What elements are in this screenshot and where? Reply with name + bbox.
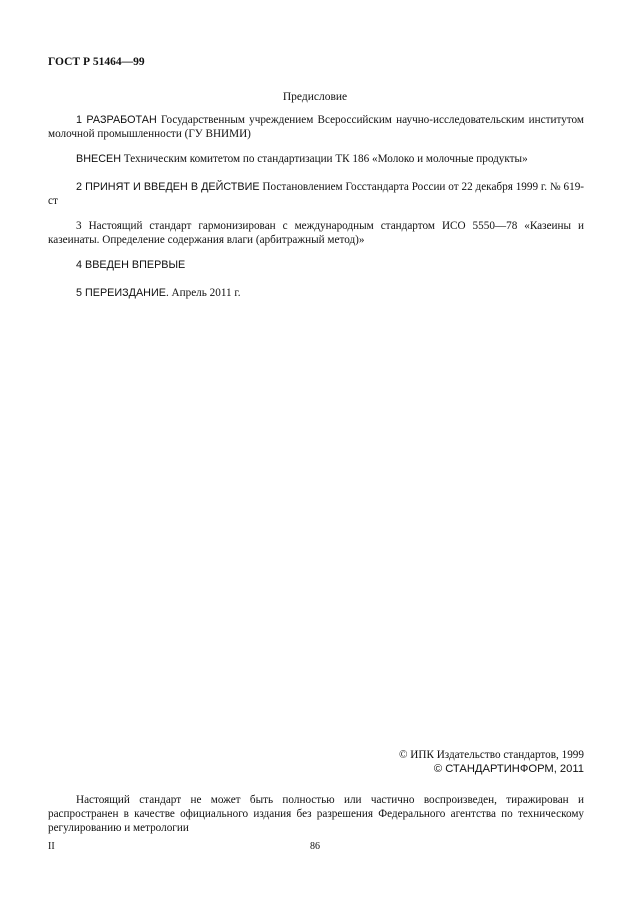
page-number: 86 [0,840,630,854]
item-label: 5 ПЕРЕИЗДАНИЕ [76,287,166,299]
item-label: 1 РАЗРАБОТАН [76,114,157,126]
copyright-line-1: © ИПК Издательство стандартов, 1999 [48,748,584,762]
item-submitted: ВНЕСЕН Техническим комитетом по стандарт… [48,152,584,166]
reproduction-notice: Настоящий стандарт не может быть полност… [48,793,584,835]
item-developed: 1 РАЗРАБОТАН Государственным учреждением… [48,113,584,141]
copyright-line-2: © СТАНДАРТИНФОРМ, 2011 [48,762,584,776]
item-reissue: 5 ПЕРЕИЗДАНИЕ. Апрель 2011 г. [48,286,584,300]
item-label: ВНЕСЕН [76,153,121,165]
item-harmonized: 3 Настоящий стандарт гармонизирован с ме… [48,219,584,247]
item-label: 2 ПРИНЯТ И ВВЕДЕН В ДЕЙСТВИЕ [76,181,260,193]
item-text: . Апрель 2011 г. [166,287,241,299]
item-text: Техническим комитетом по стандартизации … [121,153,528,165]
item-label: 4 ВВЕДЕН ВПЕРВЫЕ [76,259,185,271]
item-introduced: 4 ВВЕДЕН ВПЕРВЫЕ [48,258,584,272]
document-number: ГОСТ Р 51464—99 [48,55,145,69]
item-text: Настоящий стандарт гармонизирован с межд… [48,220,584,246]
item-adopted: 2 ПРИНЯТ И ВВЕДЕН В ДЕЙСТВИЕ Постановлен… [48,180,584,208]
page-title: Предисловие [0,90,630,104]
